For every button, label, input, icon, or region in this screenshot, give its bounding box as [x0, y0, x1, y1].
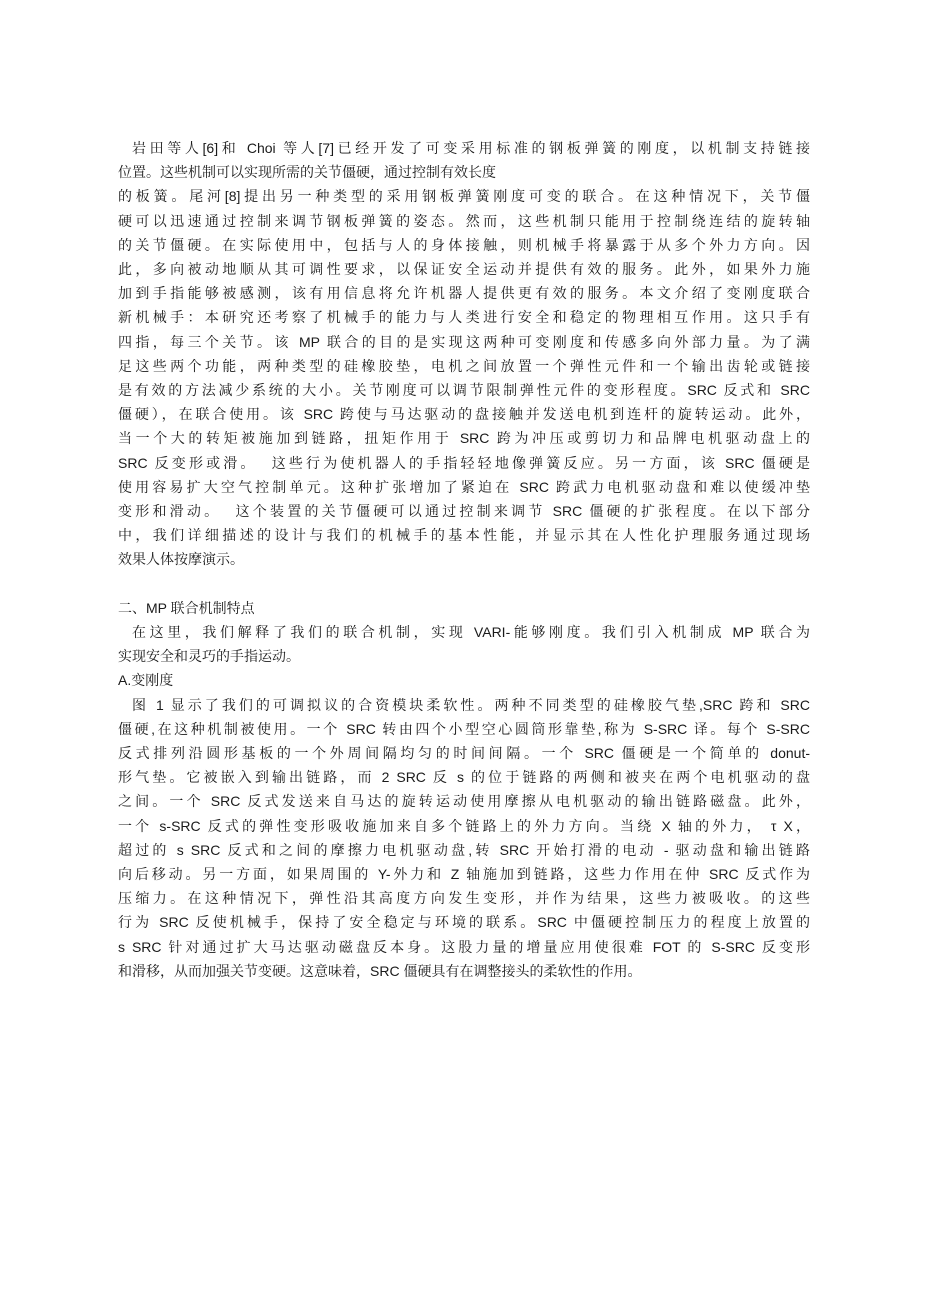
text-line: 足这些两个功能，两种类型的硅橡胶垫，电机之间放置一个弹性元件和一个输出齿轮或链接 — [118, 354, 810, 378]
text-line: 的板簧。尾河[8]提出另一种类型的采用钢板弹簧刚度可变的联合。在这种情况下，关节… — [118, 184, 810, 208]
text-block: 岩田等人[6]和 Choi 等人[7]已经开发了可变采用标准的钢板弹簧的刚度，以… — [118, 136, 810, 983]
text-line: 反式排列沿圆形基板的一个外周间隔均匀的时间间隔。一个 SRC 僵硬是一个简单的 … — [118, 741, 810, 765]
text-line: 是有效的方法减少系统的大小。关节刚度可以调节限制弹性元件的变形程度。SRC 反式… — [118, 378, 810, 402]
text-line: 四指，每三个关节。该 MP 联合的目的是实现这两种可变刚度和传感多向外部力量。为… — [118, 330, 810, 354]
text-line: 在这里，我们解释了我们的联合机制，实现 VARI-能够刚度。我们引入机制成 MP… — [118, 620, 810, 644]
text-line: 压缩力。在这种情况下，弹性沿其高度方向发生变形，并作为结果，这些力被吸收。的这些 — [118, 886, 810, 910]
text-line: 的关节僵硬。在实际使用中，包括与人的身体接触，则机械手将暴露于从多个外力方向。因 — [118, 233, 810, 257]
text-line: 之间。一个 SRC 反式发送来自马达的旋转运动使用摩擦从电机驱动的输出链路磁盘。… — [118, 789, 810, 813]
text-line: 一个 s-SRC 反式的弹性变形吸收施加来自多个链路上的外力方向。当绕 X 轴的… — [118, 814, 810, 838]
text-line: 变形和滑动。 这个装置的关节僵硬可以通过控制来调节 SRC 僵硬的扩张程度。在以… — [118, 499, 810, 523]
text-line: s SRC 针对通过扩大马达驱动磁盘反本身。这股力量的增量应用使很难 FOT 的… — [118, 935, 810, 959]
text-line: 形气垫。它被嵌入到输出链路，而 2 SRC 反 s 的位于链路的两侧和被夹在两个… — [118, 765, 810, 789]
text-line: 当一个大的转矩被施加到链路，扭矩作用于 SRC 跨为冲压或剪切力和品牌电机驱动盘… — [118, 426, 810, 450]
text-line: 此，多向被动地顺从其可调性要求，以保证安全运动并提供有效的服务。此外，如果外力施 — [118, 257, 810, 281]
text-line: 图 1 显示了我们的可调拟议的合资模块柔软性。两种不同类型的硅橡胶气垫,SRC … — [118, 693, 810, 717]
text-line: 僵硬），在联合使用。该 SRC 跨使与马达驱动的盘接触并发送电机到连杆的旋转运动… — [118, 402, 810, 426]
section-heading: 二、MP 联合机制特点 — [118, 596, 810, 620]
text-line: 加到手指能够被感测，该有用信息将允许机器人提供更有效的服务。本文介绍了变刚度联合 — [118, 281, 810, 305]
blank-line — [118, 572, 810, 596]
text-line: 使用容易扩大空气控制单元。这种扩张增加了紧迫在 SRC 跨武力电机驱动盘和难以使… — [118, 475, 810, 499]
text-line: 行为 SRC 反使机械手，保持了安全稳定与环境的联系。SRC 中僵硬控制压力的程… — [118, 910, 810, 934]
document-page: 岩田等人[6]和 Choi 等人[7]已经开发了可变采用标准的钢板弹簧的刚度，以… — [0, 0, 926, 1309]
subsection-heading: A.变刚度 — [118, 668, 810, 692]
text-line: 岩田等人[6]和 Choi 等人[7]已经开发了可变采用标准的钢板弹簧的刚度，以… — [118, 136, 810, 160]
text-line: 中，我们详细描述的设计与我们的机械手的基本性能，并显示其在人性化护理服务通过现场 — [118, 523, 810, 547]
text-line: 效果人体按摩演示。 — [118, 547, 810, 571]
text-line: 僵硬,在这种机制被使用。一个 SRC 转由四个小型空心圆筒形靠垫,称为 S-SR… — [118, 717, 810, 741]
text-line: 实现安全和灵巧的手指运动。 — [118, 644, 810, 668]
text-line: 和滑移，从而加强关节变硬。这意味着，SRC 僵硬具有在调整接头的柔软性的作用。 — [118, 959, 810, 983]
text-line: 位置。这些机制可以实现所需的关节僵硬，通过控制有效长度 — [118, 160, 810, 184]
text-line: 向后移动。另一方面，如果周围的 Y-外力和 Z 轴施加到链路，这些力作用在仲 S… — [118, 862, 810, 886]
text-line: SRC 反变形或滑。 这些行为使机器人的手指轻轻地像弹簧反应。另一方面，该 SR… — [118, 451, 810, 475]
text-line: 新机械手：本研究还考察了机械手的能力与人类进行安全和稳定的物理相互作用。这只手有 — [118, 305, 810, 329]
text-line: 硬可以迅速通过控制来调节钢板弹簧的姿态。然而，这些机制只能用于控制绕连结的旋转轴 — [118, 209, 810, 233]
text-line: 超过的 s SRC 反式和之间的摩擦力电机驱动盘,转 SRC 开始打滑的电动 -… — [118, 838, 810, 862]
